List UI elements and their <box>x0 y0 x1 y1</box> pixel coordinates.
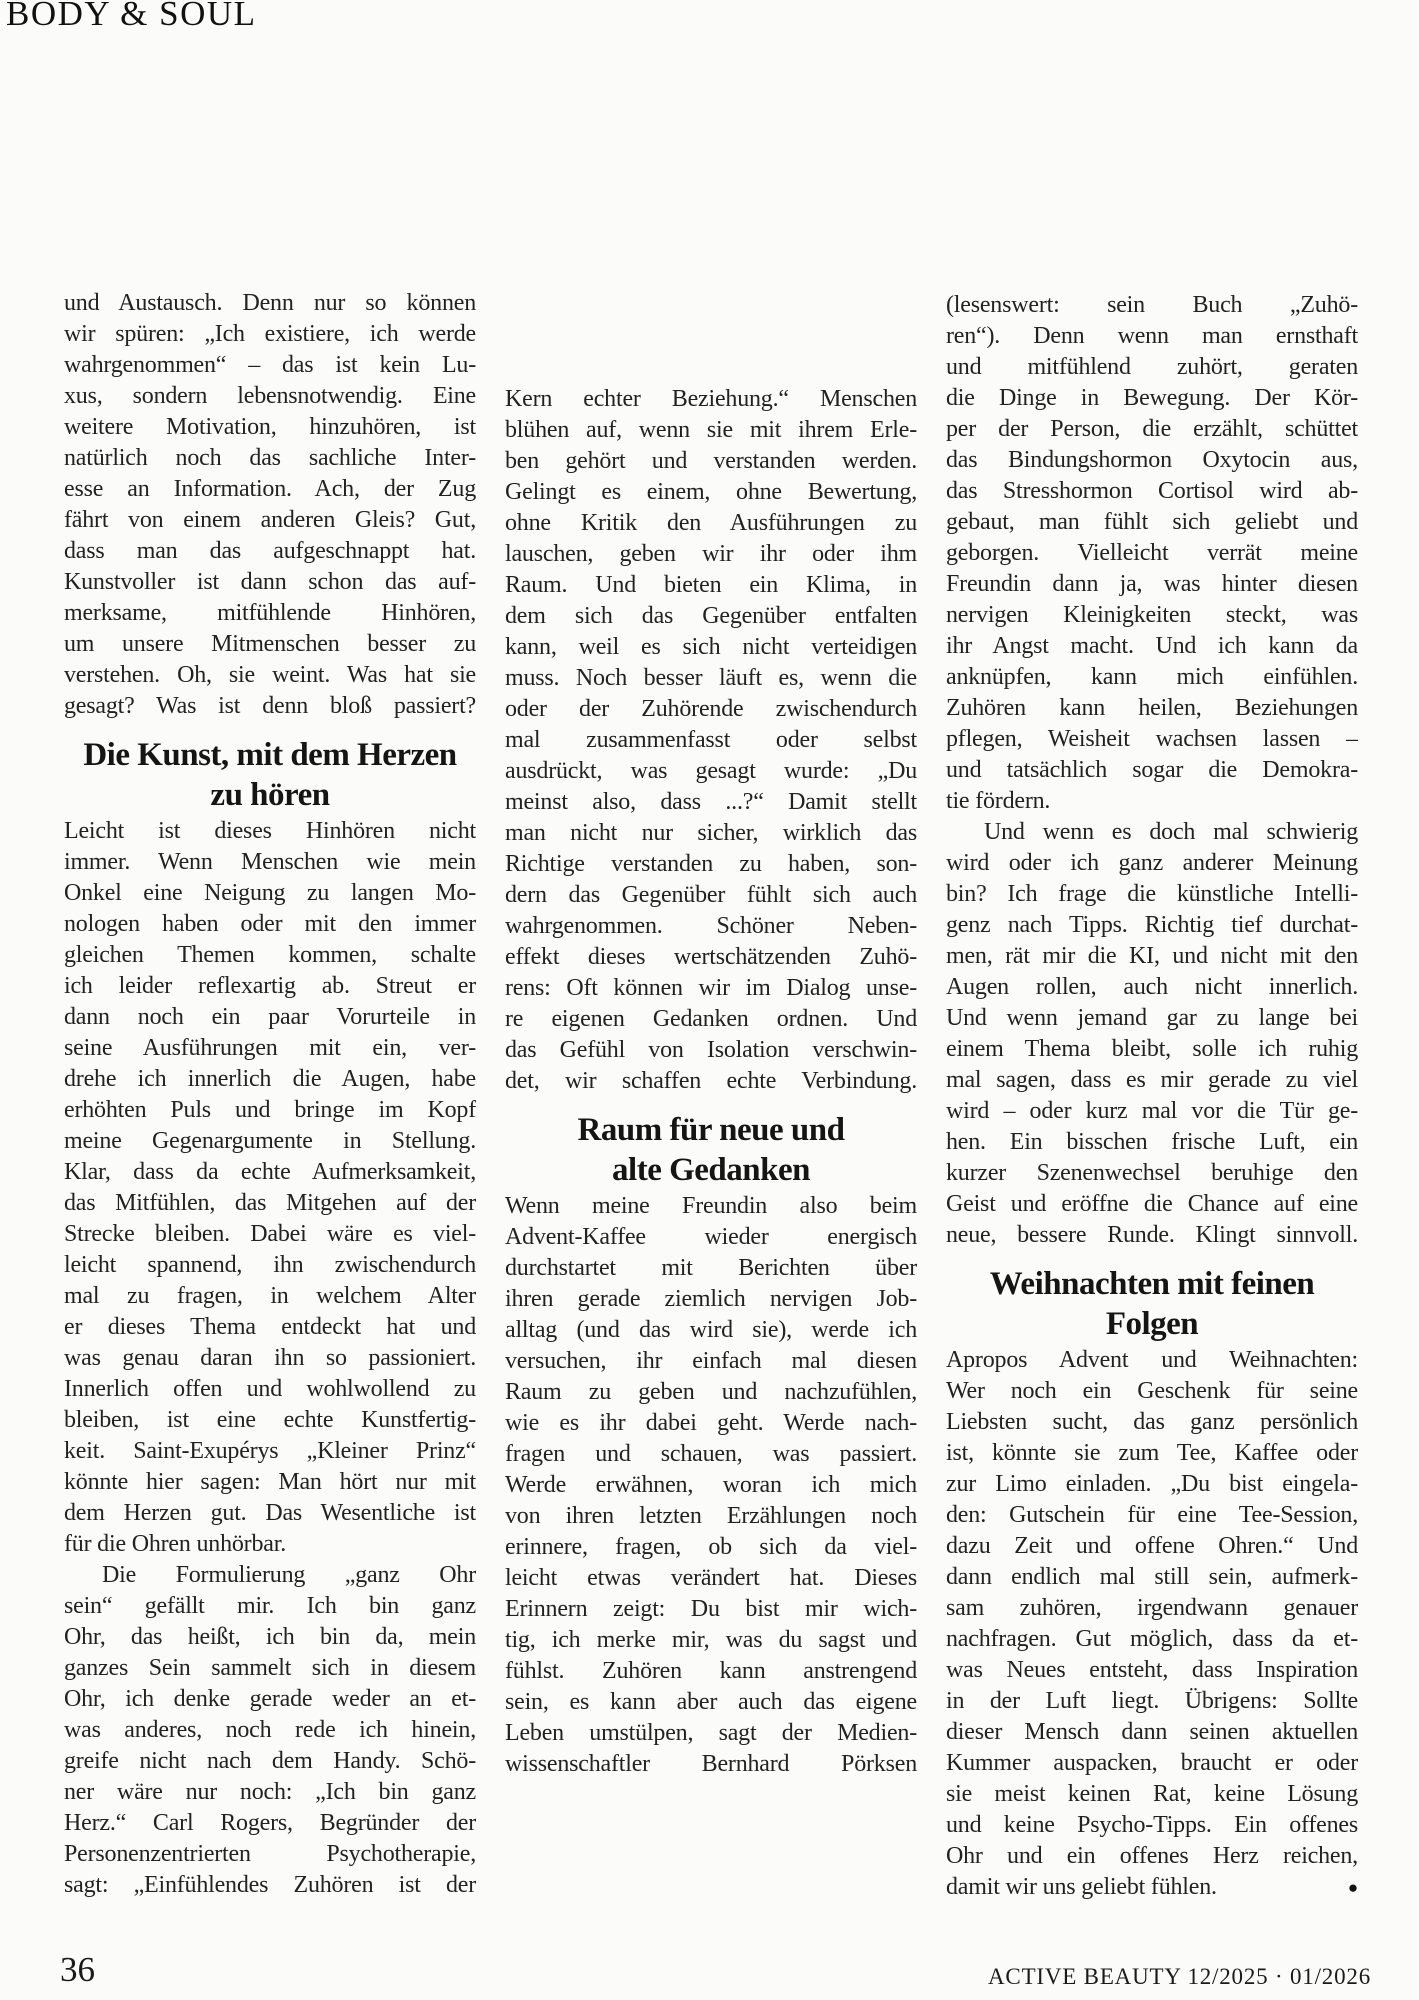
text-line: dazu Zeit und offene Ohren.“ Und <box>946 1531 1358 1562</box>
text-line: das Stresshormon Cortisol wird ab- <box>946 476 1358 507</box>
heading-line: Weihnachten mit feinen <box>946 1264 1358 1304</box>
heading-line: Raum für neue und <box>505 1110 917 1150</box>
text-line: alltag (und das wird sie), werde ich <box>505 1315 917 1346</box>
text-line: und Austausch. Denn nur so können <box>64 288 476 319</box>
text-line: Und wenn es doch mal schwierig <box>946 817 1358 848</box>
text-line: Kunstvoller ist dann schon das auf- <box>64 567 476 598</box>
text-line: was Neues entsteht, dass Inspiration <box>946 1655 1358 1686</box>
text-line: immer. Wenn Menschen wie mein <box>64 847 476 878</box>
text-line: kurzer Szenenwechsel beruhige den <box>946 1158 1358 1189</box>
text-line: Strecke bleiben. Dabei wäre es viel- <box>64 1219 476 1250</box>
text-line: Apropos Advent und Weihnachten: <box>946 1345 1358 1376</box>
heading-line: zu hören <box>64 775 476 815</box>
text-line: natürlich noch das sachliche Inter- <box>64 443 476 474</box>
text-line: von ihren letzten Erzählungen noch <box>505 1501 917 1532</box>
text-line: Onkel eine Neigung zu langen Mo- <box>64 878 476 909</box>
text-line: Kummer auspacken, braucht er oder <box>946 1748 1358 1779</box>
section-header: BODY & SOUL <box>6 0 257 34</box>
text-line: für die Ohren unhörbar. <box>64 1529 476 1560</box>
text-line: leicht etwas verändert hat. Dieses <box>505 1563 917 1594</box>
text-line: bleiben, ist eine echte Kunstfertig- <box>64 1405 476 1436</box>
text-line: meine Gegenargumente in Stellung. <box>64 1126 476 1157</box>
text-line: den: Gutschein für eine Tee-Session, <box>946 1500 1358 1531</box>
text-line: anknüpfen, kann mich einfühlen. <box>946 662 1358 693</box>
magazine-page: { "page": { "section_header": "BODY & SO… <box>0 0 1419 2000</box>
text-line: dieser Mensch dann seinen aktuellen <box>946 1717 1358 1748</box>
text-line: seine Ausführungen mit ein, ver- <box>64 1033 476 1064</box>
text-line: oder der Zuhörende zwischendurch <box>505 694 917 725</box>
text-line: tig, ich merke mir, was du sagst und <box>505 1625 917 1656</box>
text-line: ohne Kritik den Ausführungen zu <box>505 508 917 539</box>
text-line: ren“). Denn wenn man ernsthaft <box>946 321 1358 352</box>
text-line: Innerlich offen und wohlwollend zu <box>64 1374 476 1405</box>
text-line: man nicht nur sicher, wirklich das <box>505 818 917 849</box>
text-line: gleichen Themen kommen, schalte <box>64 940 476 971</box>
text-line: wissenschaftler Bernhard Pörksen <box>505 1749 917 1780</box>
text-line: per der Person, die erzählt, schüttet <box>946 414 1358 445</box>
article-heading: Weihnachten mit feinenFolgen <box>946 1251 1358 1345</box>
text-line: Richtige verstanden zu haben, son- <box>505 849 917 880</box>
text-line: nachfragen. Gut möglich, dass da et- <box>946 1624 1358 1655</box>
text-line: Personenzentrierten Psychotherapie, <box>64 1839 476 1870</box>
text-line: wie es ihr dabei geht. Werde nach- <box>505 1408 917 1439</box>
text-line: sie meist keinen Rat, keine Lösung <box>946 1779 1358 1810</box>
text-line: ben gehört und verstanden werden. <box>505 446 917 477</box>
text-line: zur Limo einladen. „Du bist eingela- <box>946 1469 1358 1500</box>
text-line: wahrgenommen. Schöner Neben- <box>505 911 917 942</box>
text-line: Leben umstülpen, sagt der Medien- <box>505 1718 917 1749</box>
text-line: bin? Ich frage die künstliche Intelli- <box>946 879 1358 910</box>
text-line: wahrgenommen“ – das ist kein Lu- <box>64 350 476 381</box>
text-line: erhöhten Puls und bringe im Kopf <box>64 1095 476 1126</box>
text-line: das Bindungshormon Oxytocin aus, <box>946 445 1358 476</box>
text-line: durchstartet mit Berichten über <box>505 1253 917 1284</box>
text-line: und tatsächlich sogar die Demokra- <box>946 755 1358 786</box>
text-line: sam zuhören, irgendwann genauer <box>946 1593 1358 1624</box>
article-column-1: und Austausch. Denn nur so könnenwir spü… <box>64 288 476 1901</box>
text-line: Leicht ist dieses Hinhören nicht <box>64 816 476 847</box>
text-line: mal sagen, dass es mir gerade zu viel <box>946 1065 1358 1096</box>
article-end-mark: ● <box>1348 1872 1358 1903</box>
text-line: effekt dieses wertschätzenden Zuhö- <box>505 942 917 973</box>
text-line: rens: Oft können wir im Dialog unse- <box>505 973 917 1004</box>
text-line: und mitfühlend zuhört, geraten <box>946 352 1358 383</box>
text-line: meinst also, dass ...?“ Damit stellt <box>505 787 917 818</box>
text-line: und keine Psycho-Tipps. Ein offenes <box>946 1810 1358 1841</box>
text-line: Geist und eröffne die Chance auf eine <box>946 1189 1358 1220</box>
text-line: Die Formulierung „ganz Ohr <box>64 1560 476 1591</box>
heading-line: Folgen <box>946 1304 1358 1344</box>
text-line: Wenn meine Freundin also beim <box>505 1191 917 1222</box>
text-line: dern das Gegenüber fühlt sich auch <box>505 880 917 911</box>
text-line: Advent-Kaffee wieder energisch <box>505 1222 917 1253</box>
text-line: hen. Ein bisschen frische Luft, ein <box>946 1127 1358 1158</box>
text-line: Freundin dann ja, was hinter diesen <box>946 569 1358 600</box>
text-line: Wer noch ein Geschenk für seine <box>946 1376 1358 1407</box>
text-line: um unsere Mitmenschen besser zu <box>64 629 476 660</box>
text-line: xus, sondern lebensnotwendig. Eine <box>64 381 476 412</box>
text-line: damit wir uns geliebt fühlen.● <box>946 1872 1358 1903</box>
text-line: leicht spannend, ihn zwischendurch <box>64 1250 476 1281</box>
text-line: tie fördern. <box>946 786 1358 817</box>
text-line: neue, bessere Runde. Klingt sinnvoll. <box>946 1220 1358 1251</box>
text-line: Augen rollen, auch nicht innerlich. <box>946 972 1358 1003</box>
text-line: dem sich das Gegenüber entfalten <box>505 601 917 632</box>
heading-line: alte Gedanken <box>505 1150 917 1190</box>
text-line: pflegen, Weisheit wachsen lassen – <box>946 724 1358 755</box>
page-number: 36 <box>60 1950 95 1990</box>
text-line: wir spüren: „Ich existiere, ich werde <box>64 319 476 350</box>
text-line: mal zu fragen, in welchem Alter <box>64 1281 476 1312</box>
text-line: Und wenn jemand gar zu lange bei <box>946 1003 1358 1034</box>
article-heading: Die Kunst, mit dem Herzenzu hören <box>64 722 476 816</box>
text-line: Raum. Und bieten ein Klima, in <box>505 570 917 601</box>
text-line: ner wäre nur noch: „Ich bin ganz <box>64 1777 476 1808</box>
text-line: Raum zu geben und nachzufühlen, <box>505 1377 917 1408</box>
text-line: Gelingt es einem, ohne Bewertung, <box>505 477 917 508</box>
text-line: dass man das aufgeschnappt hat. <box>64 536 476 567</box>
text-line: ihr Angst macht. Und ich kann da <box>946 631 1358 662</box>
text-line: kann, weil es sich nicht verteidigen <box>505 632 917 663</box>
text-line: men, rät mir die KI, und nicht mit den <box>946 941 1358 972</box>
text-line: Ohr, ich denke gerade weder an et- <box>64 1684 476 1715</box>
text-line: drehe ich innerlich die Augen, habe <box>64 1064 476 1095</box>
text-line: Herz.“ Carl Rogers, Begründer der <box>64 1808 476 1839</box>
heading-line: Die Kunst, mit dem Herzen <box>64 735 476 775</box>
text-line: das Gefühl von Isolation verschwin- <box>505 1035 917 1066</box>
text-line: Ohr, das heißt, ich bin da, mein <box>64 1622 476 1653</box>
text-line: keit. Saint-Exupérys „Kleiner Prinz“ <box>64 1436 476 1467</box>
text-line: verstehen. Oh, sie weint. Was hat sie <box>64 660 476 691</box>
text: damit wir uns geliebt fühlen. <box>946 1872 1217 1903</box>
text-line: fragen und schauen, was passiert. <box>505 1439 917 1470</box>
text-line: dann noch ein paar Vorurteile in <box>64 1002 476 1033</box>
text-line: ihren gerade ziemlich nervigen Job- <box>505 1284 917 1315</box>
text-line: in der Luft liegt. Übrigens: Sollte <box>946 1686 1358 1717</box>
text-line: wird oder ich ganz anderer Meinung <box>946 848 1358 879</box>
text-line: fährt von einem anderen Gleis? Gut, <box>64 505 476 536</box>
text-line: Ohr und ein offenes Herz reichen, <box>946 1841 1358 1872</box>
text-line: erinnere, fragen, ob sich da viel- <box>505 1532 917 1563</box>
text-line: sagt: „Einfühlendes Zuhören ist der <box>64 1870 476 1901</box>
text-line: ist, könnte sie zum Tee, Kaffee oder <box>946 1438 1358 1469</box>
text-line: dem Herzen gut. Das Wesentliche ist <box>64 1498 476 1529</box>
article-column-2: Kern echter Beziehung.“ Menschenblühen a… <box>505 384 917 1780</box>
text-line: was genau daran ihn so passioniert. <box>64 1343 476 1374</box>
text-line: Kern echter Beziehung.“ Menschen <box>505 384 917 415</box>
text-line: esse an Information. Ach, der Zug <box>64 474 476 505</box>
issue-footer: ACTIVE BEAUTY 12/2025 · 01/2026 <box>988 1964 1371 1990</box>
text-line: (lesenswert: sein Buch „Zuhö- <box>946 290 1358 321</box>
text-line: geborgen. Vielleicht verrät meine <box>946 538 1358 569</box>
text-line: er dieses Thema entdeckt hat und <box>64 1312 476 1343</box>
text-line: versuchen, ihr einfach mal diesen <box>505 1346 917 1377</box>
text-line: könnte hier sagen: Man hört nur mit <box>64 1467 476 1498</box>
text-line: ausdrückt, was gesagt wurde: „Du <box>505 756 917 787</box>
text-line: Erinnern zeigt: Du bist mir wich- <box>505 1594 917 1625</box>
text-line: mal zusammenfasst oder selbst <box>505 725 917 756</box>
text-line: nervigen Kleinigkeiten steckt, was <box>946 600 1358 631</box>
text-line: Klar, dass da echte Aufmerksamkeit, <box>64 1157 476 1188</box>
text-line: sein, es kann aber auch das eigene <box>505 1687 917 1718</box>
text-line: ich leider reflexartig ab. Streut er <box>64 971 476 1002</box>
text-line: wird – oder kurz mal vor die Tür ge- <box>946 1096 1358 1127</box>
text-line: blühen auf, wenn sie mit ihrem Erle- <box>505 415 917 446</box>
text-line: weitere Motivation, hinzuhören, ist <box>64 412 476 443</box>
text-line: lauschen, geben wir ihr oder ihm <box>505 539 917 570</box>
text-line: Werde erwähnen, woran ich mich <box>505 1470 917 1501</box>
text-line: Liebsten sucht, das ganz persönlich <box>946 1407 1358 1438</box>
text-line: ganzes Sein sammelt sich in diesem <box>64 1653 476 1684</box>
text-line: das Mitfühlen, das Mitgehen auf der <box>64 1188 476 1219</box>
text-line: re eigenen Gedanken ordnen. Und <box>505 1004 917 1035</box>
text-line: die Dinge in Bewegung. Der Kör- <box>946 383 1358 414</box>
text-line: gebaut, man fühlt sich geliebt und <box>946 507 1358 538</box>
text-line: det, wir schaffen echte Verbindung. <box>505 1066 917 1097</box>
text-line: muss. Noch besser läuft es, wenn die <box>505 663 917 694</box>
article-column-3: (lesenswert: sein Buch „Zuhö-ren“). Denn… <box>946 290 1358 1903</box>
text-line: gesagt? Was ist denn bloß passiert? <box>64 691 476 722</box>
text-line: was anderes, noch rede ich hinein, <box>64 1715 476 1746</box>
text-line: nologen haben oder mit den immer <box>64 909 476 940</box>
text-line: genz nach Tipps. Richtig tief durchat- <box>946 910 1358 941</box>
text-line: sein“ gefällt mir. Ich bin ganz <box>64 1591 476 1622</box>
article-heading: Raum für neue undalte Gedanken <box>505 1097 917 1191</box>
text-line: Zuhören kann heilen, Beziehungen <box>946 693 1358 724</box>
text-line: merksame, mitfühlende Hinhören, <box>64 598 476 629</box>
text-line: greife nicht nach dem Handy. Schö- <box>64 1746 476 1777</box>
text-line: dann endlich mal still sein, aufmerk- <box>946 1562 1358 1593</box>
text-line: einem Thema bleibt, solle ich ruhig <box>946 1034 1358 1065</box>
text-line: fühlst. Zuhören kann anstrengend <box>505 1656 917 1687</box>
